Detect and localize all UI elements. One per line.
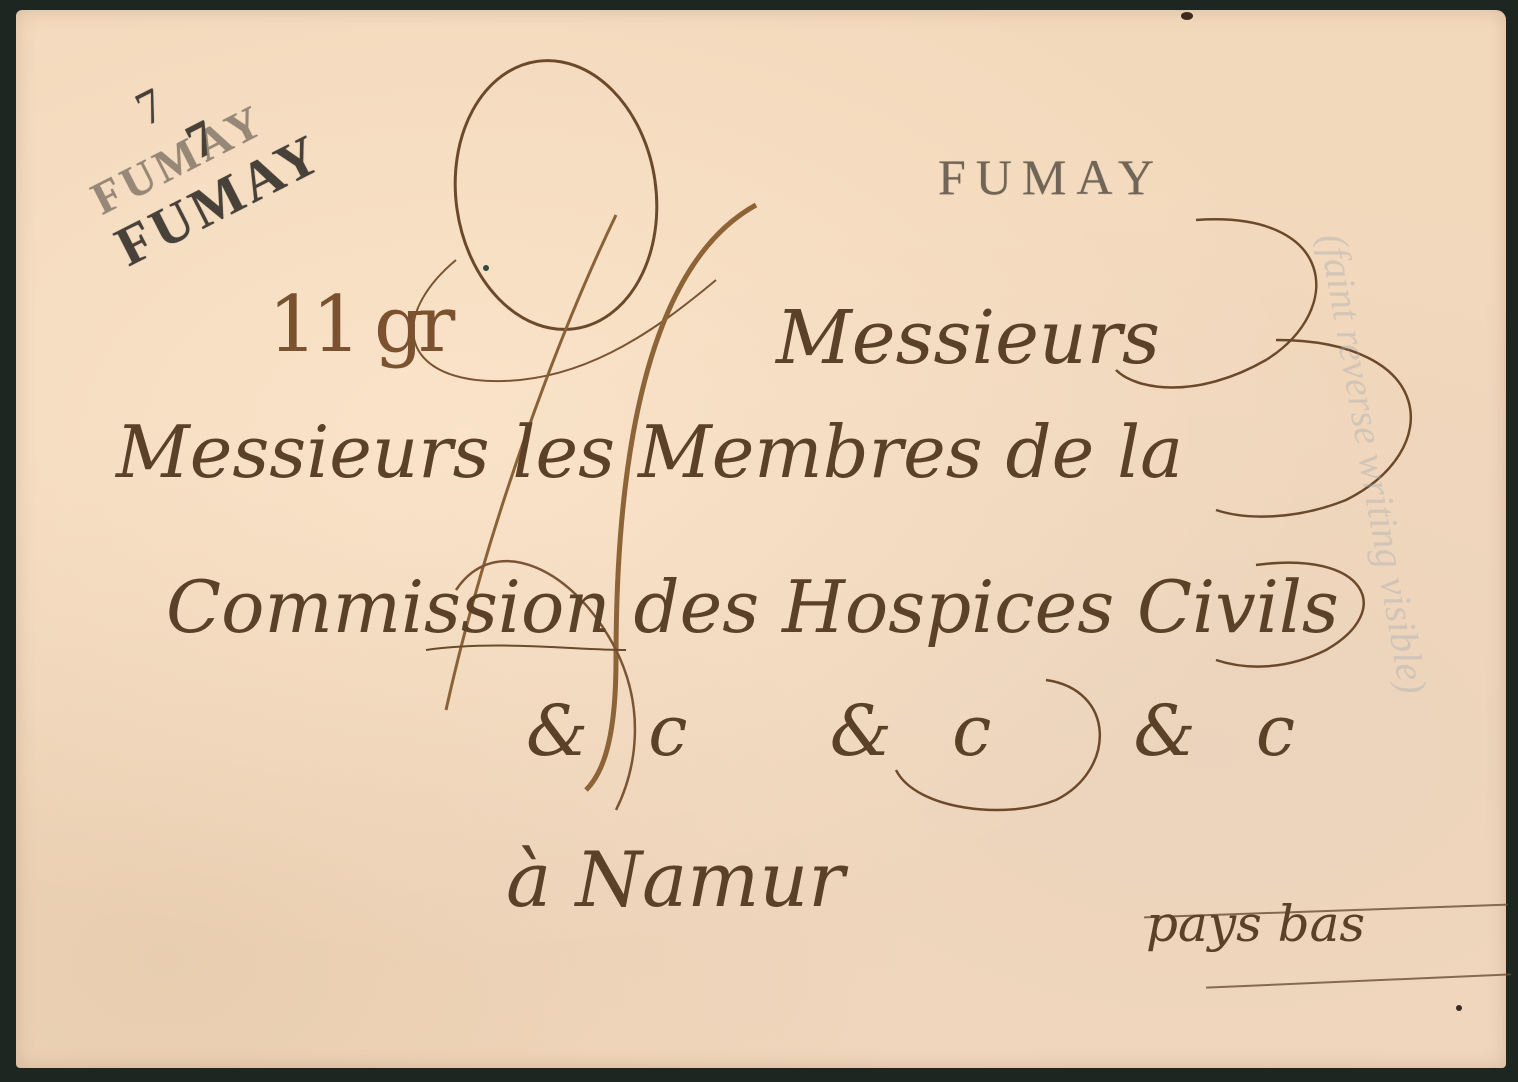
endorsement-pays-bas: pays bas: [1146, 895, 1365, 953]
letter-cover: (faint reverse writing visible) 7 FUMAY …: [16, 10, 1506, 1068]
rate-mark: 11 gr: [268, 280, 449, 370]
postmark-number: 7: [127, 75, 177, 137]
address-line-5: à Namur: [506, 835, 845, 924]
address-line-4: &c &c &c: [526, 690, 1355, 772]
address-line-2: Messieurs les Membres de la: [116, 410, 1183, 494]
postmark-fumay-right: FUMAY: [938, 148, 1164, 206]
ink-speck: [1456, 1005, 1462, 1011]
address-line-1: Messieurs: [776, 295, 1160, 381]
address-line-3: Commission des Hospices Civils: [166, 565, 1339, 649]
ink-blot: [1181, 12, 1193, 20]
ink-speck: [483, 265, 489, 271]
